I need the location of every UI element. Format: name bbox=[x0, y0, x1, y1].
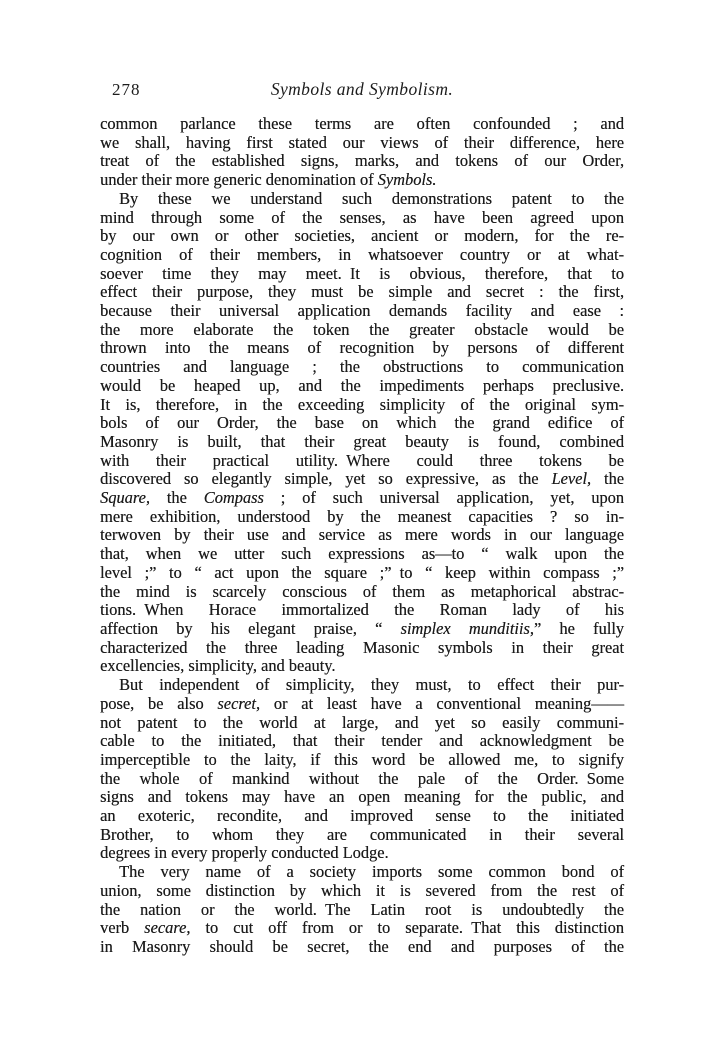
text-line: by our own or other societies, ancient o… bbox=[100, 227, 624, 246]
text-line: because their universal application dema… bbox=[100, 302, 624, 321]
text-line: countries and language ; the obstruction… bbox=[100, 358, 624, 377]
text-line: Brother, to whom they are communicated i… bbox=[100, 826, 624, 845]
text-line: affection by his elegant praise, “ simpl… bbox=[100, 620, 624, 639]
text-line: under their more generic denomination of… bbox=[100, 171, 624, 190]
text-line: It is, therefore, in the exceeding simpl… bbox=[100, 396, 624, 415]
text-line: Square, the Compass ; of such universal … bbox=[100, 489, 624, 508]
text-line: we shall, having first stated our views … bbox=[100, 134, 624, 153]
text-line: degrees in every properly conducted Lodg… bbox=[100, 844, 624, 863]
text-line: pose, be also secret, or at least have a… bbox=[100, 695, 624, 714]
text-line: thrown into the means of recognition by … bbox=[100, 339, 624, 358]
text-line: discovered so elegantly simple, yet so e… bbox=[100, 470, 624, 489]
text-line: the mind is scarcely conscious of them a… bbox=[100, 583, 624, 602]
text-line: cable to the initiated, that their tende… bbox=[100, 732, 624, 751]
text-line: that, when we utter such expressions as—… bbox=[100, 545, 624, 564]
text-line: in Masonry should be secret, the end and… bbox=[100, 938, 624, 957]
text-line: mind through some of the senses, as have… bbox=[100, 209, 624, 228]
text-line: terwoven by their use and service as mer… bbox=[100, 526, 624, 545]
text-line: soever time they may meet. It is obvious… bbox=[100, 265, 624, 284]
text-line: characterized the three leading Masonic … bbox=[100, 639, 624, 658]
page-number: 278 bbox=[112, 80, 141, 100]
text-block: common parlance these terms are often co… bbox=[100, 115, 624, 957]
text-line: signs and tokens may have an open meanin… bbox=[100, 788, 624, 807]
page-header: 278 Symbols and Symbolism. bbox=[100, 79, 624, 101]
book-page: 278 Symbols and Symbolism. common parlan… bbox=[0, 0, 720, 1042]
text-line: The very name of a society imports some … bbox=[100, 863, 624, 882]
text-line: excellencies, simplicity, and beauty. bbox=[100, 657, 624, 676]
text-line: an exoteric, recondite, and improved sen… bbox=[100, 807, 624, 826]
text-line: treat of the established signs, marks, a… bbox=[100, 152, 624, 171]
text-line: tions. When Horace immortalized the Roma… bbox=[100, 601, 624, 620]
text-line: the more elaborate the token the greater… bbox=[100, 321, 624, 340]
text-line: union, some distinction by which it is s… bbox=[100, 882, 624, 901]
running-head: Symbols and Symbolism. bbox=[100, 79, 624, 100]
text-line: Masonry is built, that their great beaut… bbox=[100, 433, 624, 452]
text-line: not patent to the world at large, and ye… bbox=[100, 714, 624, 733]
text-line: cognition of their members, in whatsoeve… bbox=[100, 246, 624, 265]
text-line: verb secare, to cut off from or to separ… bbox=[100, 919, 624, 938]
text-line: with their practical utility. Where coul… bbox=[100, 452, 624, 471]
text-line: But independent of simplicity, they must… bbox=[100, 676, 624, 695]
text-line: common parlance these terms are often co… bbox=[100, 115, 624, 134]
text-line: effect their purpose, they must be simpl… bbox=[100, 283, 624, 302]
text-line: would be heaped up, and the impediments … bbox=[100, 377, 624, 396]
text-line: the nation or the world. The Latin root … bbox=[100, 901, 624, 920]
text-line: By these we understand such demonstratio… bbox=[100, 190, 624, 209]
text-line: level ;” to “ act upon the square ;” to … bbox=[100, 564, 624, 583]
text-line: imperceptible to the laity, if this word… bbox=[100, 751, 624, 770]
text-line: the whole of mankind without the pale of… bbox=[100, 770, 624, 789]
text-line: bols of our Order, the base on which the… bbox=[100, 414, 624, 433]
text-line: mere exhibition, understood by the meane… bbox=[100, 508, 624, 527]
